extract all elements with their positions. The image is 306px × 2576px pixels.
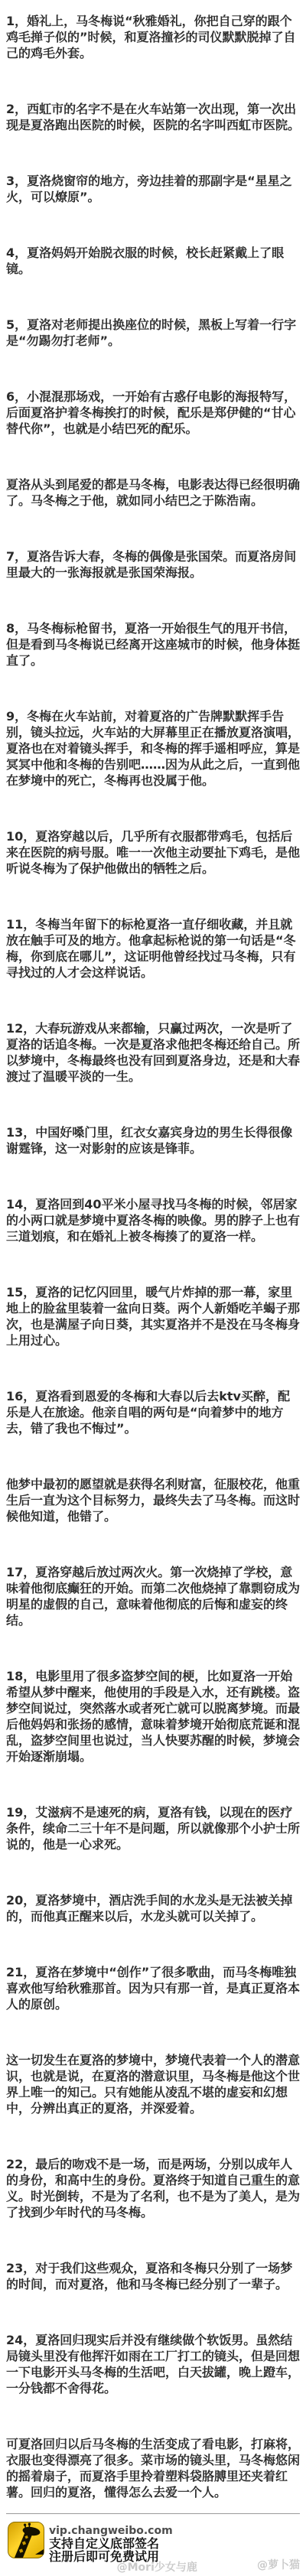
paragraph: 3，夏洛烧窗帘的地方，旁边挂着的那副字是“星星之火，可以燎原”。 [6, 173, 300, 205]
watermark-author: @Mori少女与鹿 [117, 2559, 197, 2574]
paragraph: 1，婚礼上，马冬梅说“秋雅婚礼，你把自己穿的跟个鸡毛掸子似的”时候，和夏洛撞衫的… [6, 13, 300, 61]
paragraph: 7，夏洛告诉大春，冬梅的偶像是张国荣。而夏洛房间里最大的一张海报就是张国荣海报。 [6, 548, 300, 581]
paragraph: 21，夏洛在梦境中“创作”了很多歌曲，而马冬梅唯独喜欢他写给秋雅那首。因为只有那… [6, 1964, 300, 2012]
paragraph: 22，最后的吻戏不是一场，而是两场，分别以成年人的身份，和高中生的身份。夏洛终于… [6, 2156, 300, 2220]
paragraph: 13，中国好嗓门里，红衣女嘉宾身边的男生长得很像谢霆锋，这一对影射的应该是锋菲。 [6, 1124, 300, 1156]
paragraph: 20，夏洛梦境中，酒店洗手间的水龙头是无法被关掉的，而他真正醒来以后，水龙头就可… [6, 1892, 300, 1924]
paragraph: 19，艾滋病不是速死的病，夏洛有钱，以现在的医疗条件，续命二三十年不是问题，所以… [6, 1804, 300, 1852]
watermark-reposter: @萝卜猫 [257, 2557, 300, 2572]
paragraph: 他梦中最初的愿望就是获得名利财富，征服校花，他重生后一直为这个目标努力，最终失去… [6, 1476, 300, 1524]
paragraph: 23，对于我们这些观众，夏洛和冬梅只分别了一场梦的时间，而对夏洛，他和马冬梅已经… [6, 2260, 300, 2292]
paragraph: 8，马冬梅标枪留书，夏洛一开始很生气的甩开书信，但是看到马冬梅说已经离开这座城市… [6, 620, 300, 668]
paragraph: 15，夏洛的记忆闪回里，暖气片炸掉的那一幕，家里地上的脸盆里装着一盆向日葵。两个… [6, 1284, 300, 1348]
paragraph: 14，夏洛回到40平米小屋寻找马冬梅的时候，邻居家的小两口就是梦境中夏洛冬梅的映… [6, 1196, 300, 1244]
footer-divider [6, 2513, 300, 2514]
paragraph: 18，电影里用了很多盗梦空间的梗，比如夏洛一开始希望从梦中醒来，他使用的手段是入… [6, 1668, 300, 1764]
footer-promo: vip.changweibo.com 支持自定义底部签名 注册后即可免费试用 [49, 2525, 173, 2563]
paragraph: 5，夏洛对老师提出换座位的时候，黑板上写着一行字是“勿踢勿打老师”。 [6, 317, 300, 349]
changweibo-giraffe-icon [8, 2522, 44, 2558]
paragraph: 夏洛从头到尾爱的都是马冬梅，电影表达得已经很明确了。马冬梅之于他，就如同小结巴之… [6, 476, 300, 509]
paragraph: 11，冬梅当年留下的标枪夏洛一直仔细收藏，并且就放在触手可及的地方。他拿起标枪说… [6, 916, 300, 981]
paragraph: 17，夏洛穿越后放过两次火。第一次烧掉了学校，意味着他彻底癫狂的开始。而第二次他… [6, 1564, 300, 1628]
paragraph: 2，西虹市的名字不是在火车站第一次出现，第一次出现是夏洛跑出医院的时候，医院的名… [6, 101, 300, 133]
paragraph: 9，冬梅在火车站前，对着夏洛的广告牌默默挥手告别，镜头拉远，火车站的大屏幕里正在… [6, 708, 300, 789]
paragraph: 可夏洛回归以后马冬梅的生活变成了看电影，打麻将，衣服也变得漂亮了很多。菜市场的镜… [6, 2436, 300, 2500]
paragraph: 12，大春玩游戏从来都输，只赢过两次，一次是听了夏洛的话追冬梅。一次是夏洛求他把… [6, 1020, 300, 1085]
paragraph: 24，夏洛回归现实后并没有继续做个软饭男。虽然结局镜头里没有他挥汗如雨在工厂打工… [6, 2332, 300, 2396]
paragraph: 16，夏洛看到恩爱的冬梅和大春以后去ktv买醉，配乐是人在旅途。他亲自唱的两句是… [6, 1388, 300, 1436]
paragraph: 4，夏洛妈妈开始脱衣服的时候，校长赶紧戴上了眼镜。 [6, 245, 300, 277]
paragraph: 这一切发生在夏洛的梦境中，梦境代表着一个人的潜意识，也就是说，在夏洛的潜意识里，… [6, 2052, 300, 2116]
article-body: 1，婚礼上，马冬梅说“秋雅婚礼，你把自己穿的跟个鸡毛掸子似的”时候，和夏洛撞衫的… [0, 0, 306, 2500]
paragraph: 10，夏洛穿越以后，几乎所有衣服都带鸡毛，包括后来在医院的病号服。唯一一次他主动… [6, 828, 300, 877]
paragraph: 6，小混混那场戏，一开始有古惑仔电影的海报特写，后面夏洛护着冬梅挨打的时候，配乐… [6, 389, 300, 437]
long-weibo-image: 1，婚礼上，马冬梅说“秋雅婚礼，你把自己穿的跟个鸡毛掸子似的”时候，和夏洛撞衫的… [0, 0, 306, 2576]
